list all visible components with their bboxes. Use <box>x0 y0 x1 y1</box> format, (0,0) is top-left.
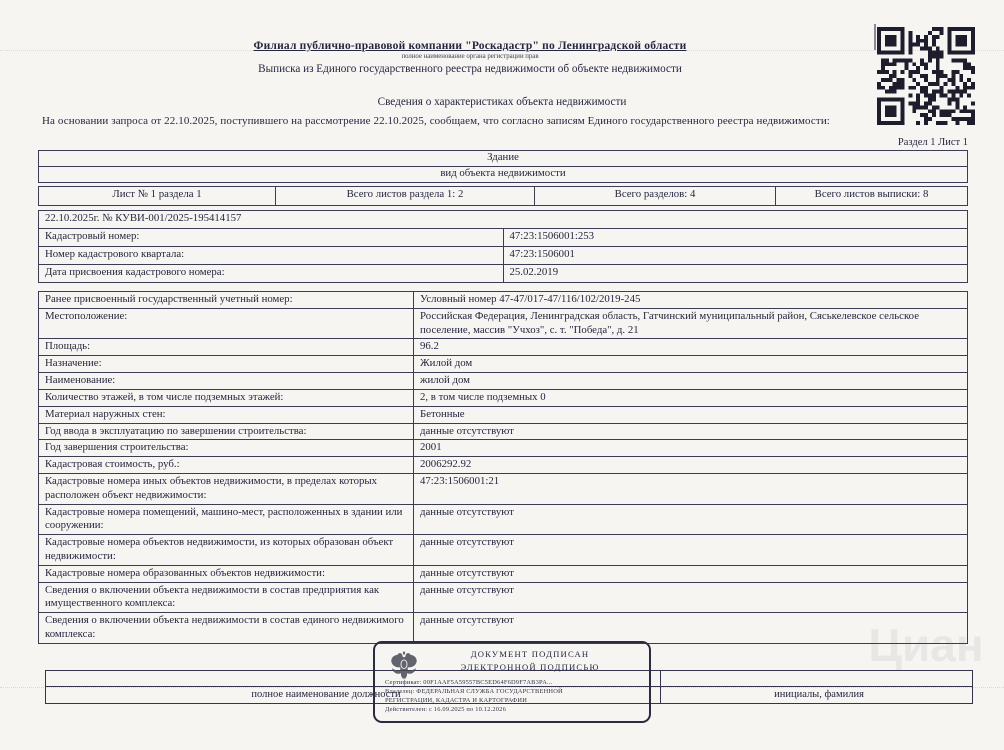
row-value: Российская Федерация, Ленинградская обла… <box>414 308 968 339</box>
initials-caption: инициалы, фамилия <box>666 689 972 700</box>
document-title: Выписка из Единого государственного реес… <box>0 63 940 75</box>
row-value: данные отсутствуют <box>414 582 968 613</box>
digital-signature-stamp: ДОКУМЕНТ ПОДПИСАН ЭЛЕКТРОННОЙ ПОДПИСЬЮ С… <box>373 641 651 723</box>
table-row: Здание <box>39 151 968 167</box>
row-label: Местоположение: <box>39 308 414 339</box>
row-label: Назначение: <box>39 356 414 373</box>
row-label: Кадастровые номера объектов недвижимости… <box>39 535 414 566</box>
sheet-cell: Всего листов раздела 1: 2 <box>276 187 535 206</box>
sheet-cell: Лист № 1 раздела 1 <box>39 187 276 206</box>
egrn-extract-page: Циан Филиал публично-правовой компании "… <box>0 0 1004 750</box>
table-row: Год завершения строительства: 2001 <box>39 440 968 457</box>
stamp-title-line2: ЭЛЕКТРОННОЙ ПОДПИСЬЮ <box>385 661 641 674</box>
table-row: Дата присвоения кадастрового номера: 25.… <box>39 265 968 283</box>
table-row: Сведения о включении объекта недвижимост… <box>39 582 968 613</box>
table-row: Наименование: жилой дом <box>39 373 968 390</box>
row-label: Год ввода в эксплуатацию по завершении с… <box>39 423 414 440</box>
org-name: Филиал публично-правовой компании "Роска… <box>0 40 940 52</box>
table-row: Номер кадастрового квартала: 47:23:15060… <box>39 247 968 265</box>
row-value: 47:23:1506001 <box>503 247 968 265</box>
row-value: 2006292.92 <box>414 457 968 474</box>
sheet-info-table: Лист № 1 раздела 1 Всего листов раздела … <box>38 186 968 206</box>
stamp-validity: Действителен: с 16.09.2025 по 10.12.2026 <box>385 705 641 714</box>
row-value: 2001 <box>414 440 968 457</box>
stamp-owner-line2: РЕГИСТРАЦИИ, КАДАСТРА И КАРТОГРАФИИ <box>385 696 641 705</box>
table-row: Местоположение: Российская Федерация, Ле… <box>39 308 968 339</box>
signature-divider <box>660 671 661 703</box>
row-label: Кадастровые номера образованных объектов… <box>39 565 414 582</box>
table-row: Кадастровая стоимость, руб.: 2006292.92 <box>39 457 968 474</box>
row-value: 2, в том числе подземных 0 <box>414 389 968 406</box>
details-table: Ранее присвоенный государственный учетны… <box>38 291 968 644</box>
row-value: 47:23:1506001:21 <box>414 473 968 504</box>
row-label: Сведения о включении объекта недвижимост… <box>39 582 414 613</box>
table-row: Кадастровые номера объектов недвижимости… <box>39 535 968 566</box>
table-row: 22.10.2025г. № КУВИ-001/2025-195414157 <box>39 211 968 229</box>
table-row: Кадастровые номера иных объектов недвижи… <box>39 473 968 504</box>
table-row: Ранее присвоенный государственный учетны… <box>39 292 968 309</box>
table-row: Кадастровые номера помещений, машино-мес… <box>39 504 968 535</box>
table-row: вид объекта недвижимости <box>39 167 968 183</box>
row-value: данные отсутствуют <box>414 613 968 644</box>
row-label: Наименование: <box>39 373 414 390</box>
row-label: Номер кадастрового квартала: <box>39 247 504 265</box>
document-header: Филиал публично-правовой компании "Роска… <box>0 40 1004 75</box>
table-row: Количество этажей, в том числе подземных… <box>39 389 968 406</box>
cadastral-table: 22.10.2025г. № КУВИ-001/2025-195414157 К… <box>38 210 968 283</box>
row-value: данные отсутствуют <box>414 504 968 535</box>
row-value: 25.02.2019 <box>503 265 968 283</box>
stamp-title-line1: ДОКУМЕНТ ПОДПИСАН <box>385 648 641 661</box>
basis-line: На основании запроса от 22.10.2025, пост… <box>42 115 964 127</box>
stamp-owner-line1: Владелец: ФЕДЕРАЛЬНАЯ СЛУЖБА ГОСУДАРСТВЕ… <box>385 687 641 696</box>
org-caption: полное наименование органа регистрации п… <box>0 53 940 60</box>
row-label: Кадастровые номера помещений, машино-мес… <box>39 504 414 535</box>
object-type: Здание <box>39 151 968 167</box>
row-value: жилой дом <box>414 373 968 390</box>
sheet-cell: Всего разделов: 4 <box>535 187 776 206</box>
section-sheet-label: Раздел 1 Лист 1 <box>898 137 968 148</box>
stamp-certificate: Сертификат: 00F1AAF5A59557BC5ED64F6D9F7A… <box>385 678 641 687</box>
row-value: 96.2 <box>414 339 968 356</box>
row-value: Бетонные <box>414 406 968 423</box>
table-row: Площадь: 96.2 <box>39 339 968 356</box>
sheet-cell: Всего листов выписки: 8 <box>776 187 968 206</box>
table-row: Год ввода в эксплуатацию по завершении с… <box>39 423 968 440</box>
table-row: Кадастровые номера образованных объектов… <box>39 565 968 582</box>
row-value: Условный номер 47-47/017-47/116/102/2019… <box>414 292 968 309</box>
row-label: Кадастровый номер: <box>39 229 504 247</box>
row-label: Количество этажей, в том числе подземных… <box>39 389 414 406</box>
table-row: Кадастровый номер: 47:23:1506001:253 <box>39 229 968 247</box>
table-row: Сведения о включении объекта недвижимост… <box>39 613 968 644</box>
row-label: Сведения о включении объекта недвижимост… <box>39 613 414 644</box>
section-title: Сведения о характеристиках объекта недви… <box>0 96 1004 108</box>
row-label: Год завершения строительства: <box>39 440 414 457</box>
row-value: данные отсутствуют <box>414 423 968 440</box>
coat-of-arms-icon <box>389 649 419 681</box>
table-row: Лист № 1 раздела 1 Всего листов раздела … <box>39 187 968 206</box>
request-number: 22.10.2025г. № КУВИ-001/2025-195414157 <box>39 211 968 229</box>
row-label: Площадь: <box>39 339 414 356</box>
row-value: 47:23:1506001:253 <box>503 229 968 247</box>
row-label: Ранее присвоенный государственный учетны… <box>39 292 414 309</box>
row-label: Материал наружных стен: <box>39 406 414 423</box>
row-label: Кадастровые номера иных объектов недвижи… <box>39 473 414 504</box>
table-row: Материал наружных стен: Бетонные <box>39 406 968 423</box>
object-type-table: Здание вид объекта недвижимости <box>38 150 968 183</box>
table-row: Назначение: Жилой дом <box>39 356 968 373</box>
row-value: данные отсутствуют <box>414 565 968 582</box>
row-value: Жилой дом <box>414 356 968 373</box>
row-label: Кадастровая стоимость, руб.: <box>39 457 414 474</box>
row-value: данные отсутствуют <box>414 535 968 566</box>
row-label: Дата присвоения кадастрового номера: <box>39 265 504 283</box>
object-type-caption: вид объекта недвижимости <box>39 167 968 183</box>
